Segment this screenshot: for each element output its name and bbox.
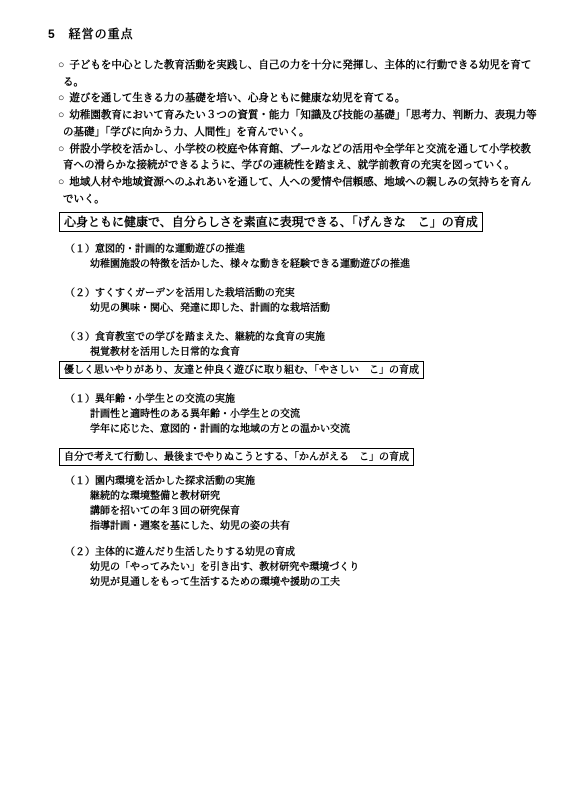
- numbered-item-title-line: （１）異年齢・小学生との交流の実施: [65, 392, 566, 407]
- bullet-line: ○地域人材や地域資源へのふれあいを通して、人への愛情や信頼感、地域への親しみの気…: [58, 174, 566, 191]
- goal-section: 心身ともに健康で、自分らしさを素直に表現できる、「げんきな こ」の育成（１）意図…: [0, 207, 566, 360]
- item-detail-line: 講師を招いての年３回の研究保育: [90, 504, 566, 519]
- item-detail-line: 計画性と適時性のある異年齢・小学生との交流: [90, 407, 566, 422]
- numbered-item: （３）食育教室での学びを踏まえた、継続的な食育の実施視覚教材を活用した日常的な食…: [65, 330, 566, 360]
- item-detail-line: 学年に応じた、意図的・計画的な地域の方との温かい交流: [90, 422, 566, 437]
- page-title: 5 経営の重点: [48, 28, 566, 40]
- numbered-item-title-line: （２）すくすくガーデンを活用した栽培活動の充実: [65, 286, 566, 301]
- item-title-text: すくすくガーデンを活用した栽培活動の充実: [95, 288, 295, 299]
- bullet-line: ○幼稚園教育において育みたい３つの資質・能力「知識及び技能の基礎」「思考力、判断…: [58, 107, 566, 124]
- document-page: 5 経営の重点 ○子どもを中心とした教育活動を実践し、自己の力を十分に発揮し、主…: [0, 0, 566, 801]
- goal-heading-row: 優しく思いやりがあり、友達と仲良く遊びに取り組む、「やさしい こ」の育成: [0, 360, 566, 392]
- numbered-item-title-line: （３）食育教室での学びを踏まえた、継続的な食育の実施: [65, 330, 566, 345]
- bullet-continuation-line: でいく。: [63, 191, 566, 208]
- numbered-item-title-line: （２）主体的に遊んだり生活したりする幼児の育成: [65, 545, 566, 560]
- bullet-line: ○子どもを中心とした教育活動を実践し、自己の力を十分に発揮し、主体的に行動できる…: [58, 57, 566, 74]
- numbered-item: （２）主体的に遊んだり生活したりする幼児の育成幼児の「やってみたい」を引き出す、…: [65, 545, 566, 590]
- item-detail-line: 視覚教材を活用した日常的な食育: [90, 345, 566, 360]
- bullet-text: 幼稚園教育において育みたい３つの資質・能力「知識及び技能の基礎」「思考力、判断力…: [69, 109, 536, 121]
- item-number-label: （１）: [65, 244, 95, 255]
- bullet-line: ○併設小学校を活かし、小学校の校庭や体育館、プールなどの活用や全学年と交流を通し…: [58, 141, 566, 158]
- item-detail-line: 幼児が見通しをもって生活するための環境や援助の工夫: [90, 575, 566, 590]
- item-detail-line: 幼児の「やってみたい」を引き出す、教材研究や環境づくり: [90, 560, 566, 575]
- numbered-item: （１）園内環境を活かした探求活動の実施継続的な環境整備と教材研究講師を招いての年…: [65, 474, 566, 534]
- item-number-label: （２）: [65, 547, 95, 558]
- bullet-text: 併設小学校を活かし、小学校の校庭や体育館、プールなどの活用や全学年と交流を通して…: [69, 143, 530, 155]
- bullet-continuation-line: る。: [63, 74, 566, 91]
- item-detail-line: 幼児の興味・関心、発達に即した、計画的な栽培活動: [90, 301, 566, 316]
- goal-heading-box: 自分で考えて行動し、最後までやりぬこうとする、「かんがえる こ」の育成: [59, 448, 414, 466]
- numbered-item-title-line: （１）意図的・計画的な運動遊びの推進: [65, 242, 566, 257]
- circle-bullet-marker: ○: [58, 92, 64, 104]
- item-title-text: 園内環境を活かした探求活動の実施: [95, 476, 255, 487]
- item-detail-line: 指導計画・週案を基にした、幼児の姿の共有: [90, 519, 566, 534]
- numbered-item: （１）異年齢・小学生との交流の実施計画性と適時性のある異年齢・小学生との交流学年…: [65, 392, 566, 437]
- goal-sections: 心身ともに健康で、自分らしさを素直に表現できる、「げんきな こ」の育成（１）意図…: [0, 207, 566, 590]
- item-number-label: （２）: [65, 288, 95, 299]
- numbered-item-title-line: （１）園内環境を活かした探求活動の実施: [65, 474, 566, 489]
- circle-bullet-marker: ○: [58, 176, 64, 188]
- item-detail-line: 継続的な環境整備と教材研究: [90, 489, 566, 504]
- bullet-text: 子どもを中心とした教育活動を実践し、自己の力を十分に発揮し、主体的に行動できる幼…: [69, 59, 531, 71]
- item-number-label: （３）: [65, 332, 95, 343]
- bullet-continuation-line: 育への滑らかな接続ができるように、学びの連続性を踏まえ、就学前教育の充実を図って…: [63, 157, 566, 174]
- item-title-text: 異年齢・小学生との交流の実施: [95, 394, 235, 405]
- item-title-text: 主体的に遊んだり生活したりする幼児の育成: [95, 547, 295, 558]
- goal-heading-row: 自分で考えて行動し、最後までやりぬこうとする、「かんがえる こ」の育成: [0, 437, 566, 474]
- item-detail-line: 幼稚園施設の特徴を活かした、様々な動きを経験できる運動遊びの推進: [90, 257, 566, 272]
- item-number-label: （１）: [65, 476, 95, 487]
- goal-heading-box: 心身ともに健康で、自分らしさを素直に表現できる、「げんきな こ」の育成: [59, 212, 483, 232]
- item-title-text: 食育教室での学びを踏まえた、継続的な食育の実施: [95, 332, 325, 343]
- goal-section: 優しく思いやりがあり、友達と仲良く遊びに取り組む、「やさしい こ」の育成（１）異…: [0, 360, 566, 437]
- bullet-text: 地域人材や地域資源へのふれあいを通して、人への愛情や信頼感、地域への親しみの気持…: [69, 176, 531, 188]
- item-number-label: （１）: [65, 394, 95, 405]
- circle-bullet-marker: ○: [58, 59, 64, 71]
- circle-bullet-marker: ○: [58, 143, 64, 155]
- item-title-text: 意図的・計画的な運動遊びの推進: [95, 244, 245, 255]
- goal-heading-row: 心身ともに健康で、自分らしさを素直に表現できる、「げんきな こ」の育成: [0, 207, 566, 242]
- bullet-text: 遊びを通して生きる力の基礎を培い、心身ともに健康な幼児を育てる。: [69, 92, 405, 104]
- goal-heading-box: 優しく思いやりがあり、友達と仲良く遊びに取り組む、「やさしい こ」の育成: [59, 361, 424, 379]
- bullet-line: ○遊びを通して生きる力の基礎を培い、心身ともに健康な幼児を育てる。: [58, 90, 566, 107]
- bullet-continuation-line: の基礎」「学びに向かう力、人間性」を育んでいく。: [63, 124, 566, 141]
- priority-bullet-list: ○子どもを中心とした教育活動を実践し、自己の力を十分に発揮し、主体的に行動できる…: [0, 57, 566, 207]
- numbered-item: （２）すくすくガーデンを活用した栽培活動の充実幼児の興味・関心、発達に即した、計…: [65, 286, 566, 316]
- numbered-item: （１）意図的・計画的な運動遊びの推進幼稚園施設の特徴を活かした、様々な動きを経験…: [65, 242, 566, 272]
- circle-bullet-marker: ○: [58, 109, 64, 121]
- goal-section: 自分で考えて行動し、最後までやりぬこうとする、「かんがえる こ」の育成（１）園内…: [0, 437, 566, 590]
